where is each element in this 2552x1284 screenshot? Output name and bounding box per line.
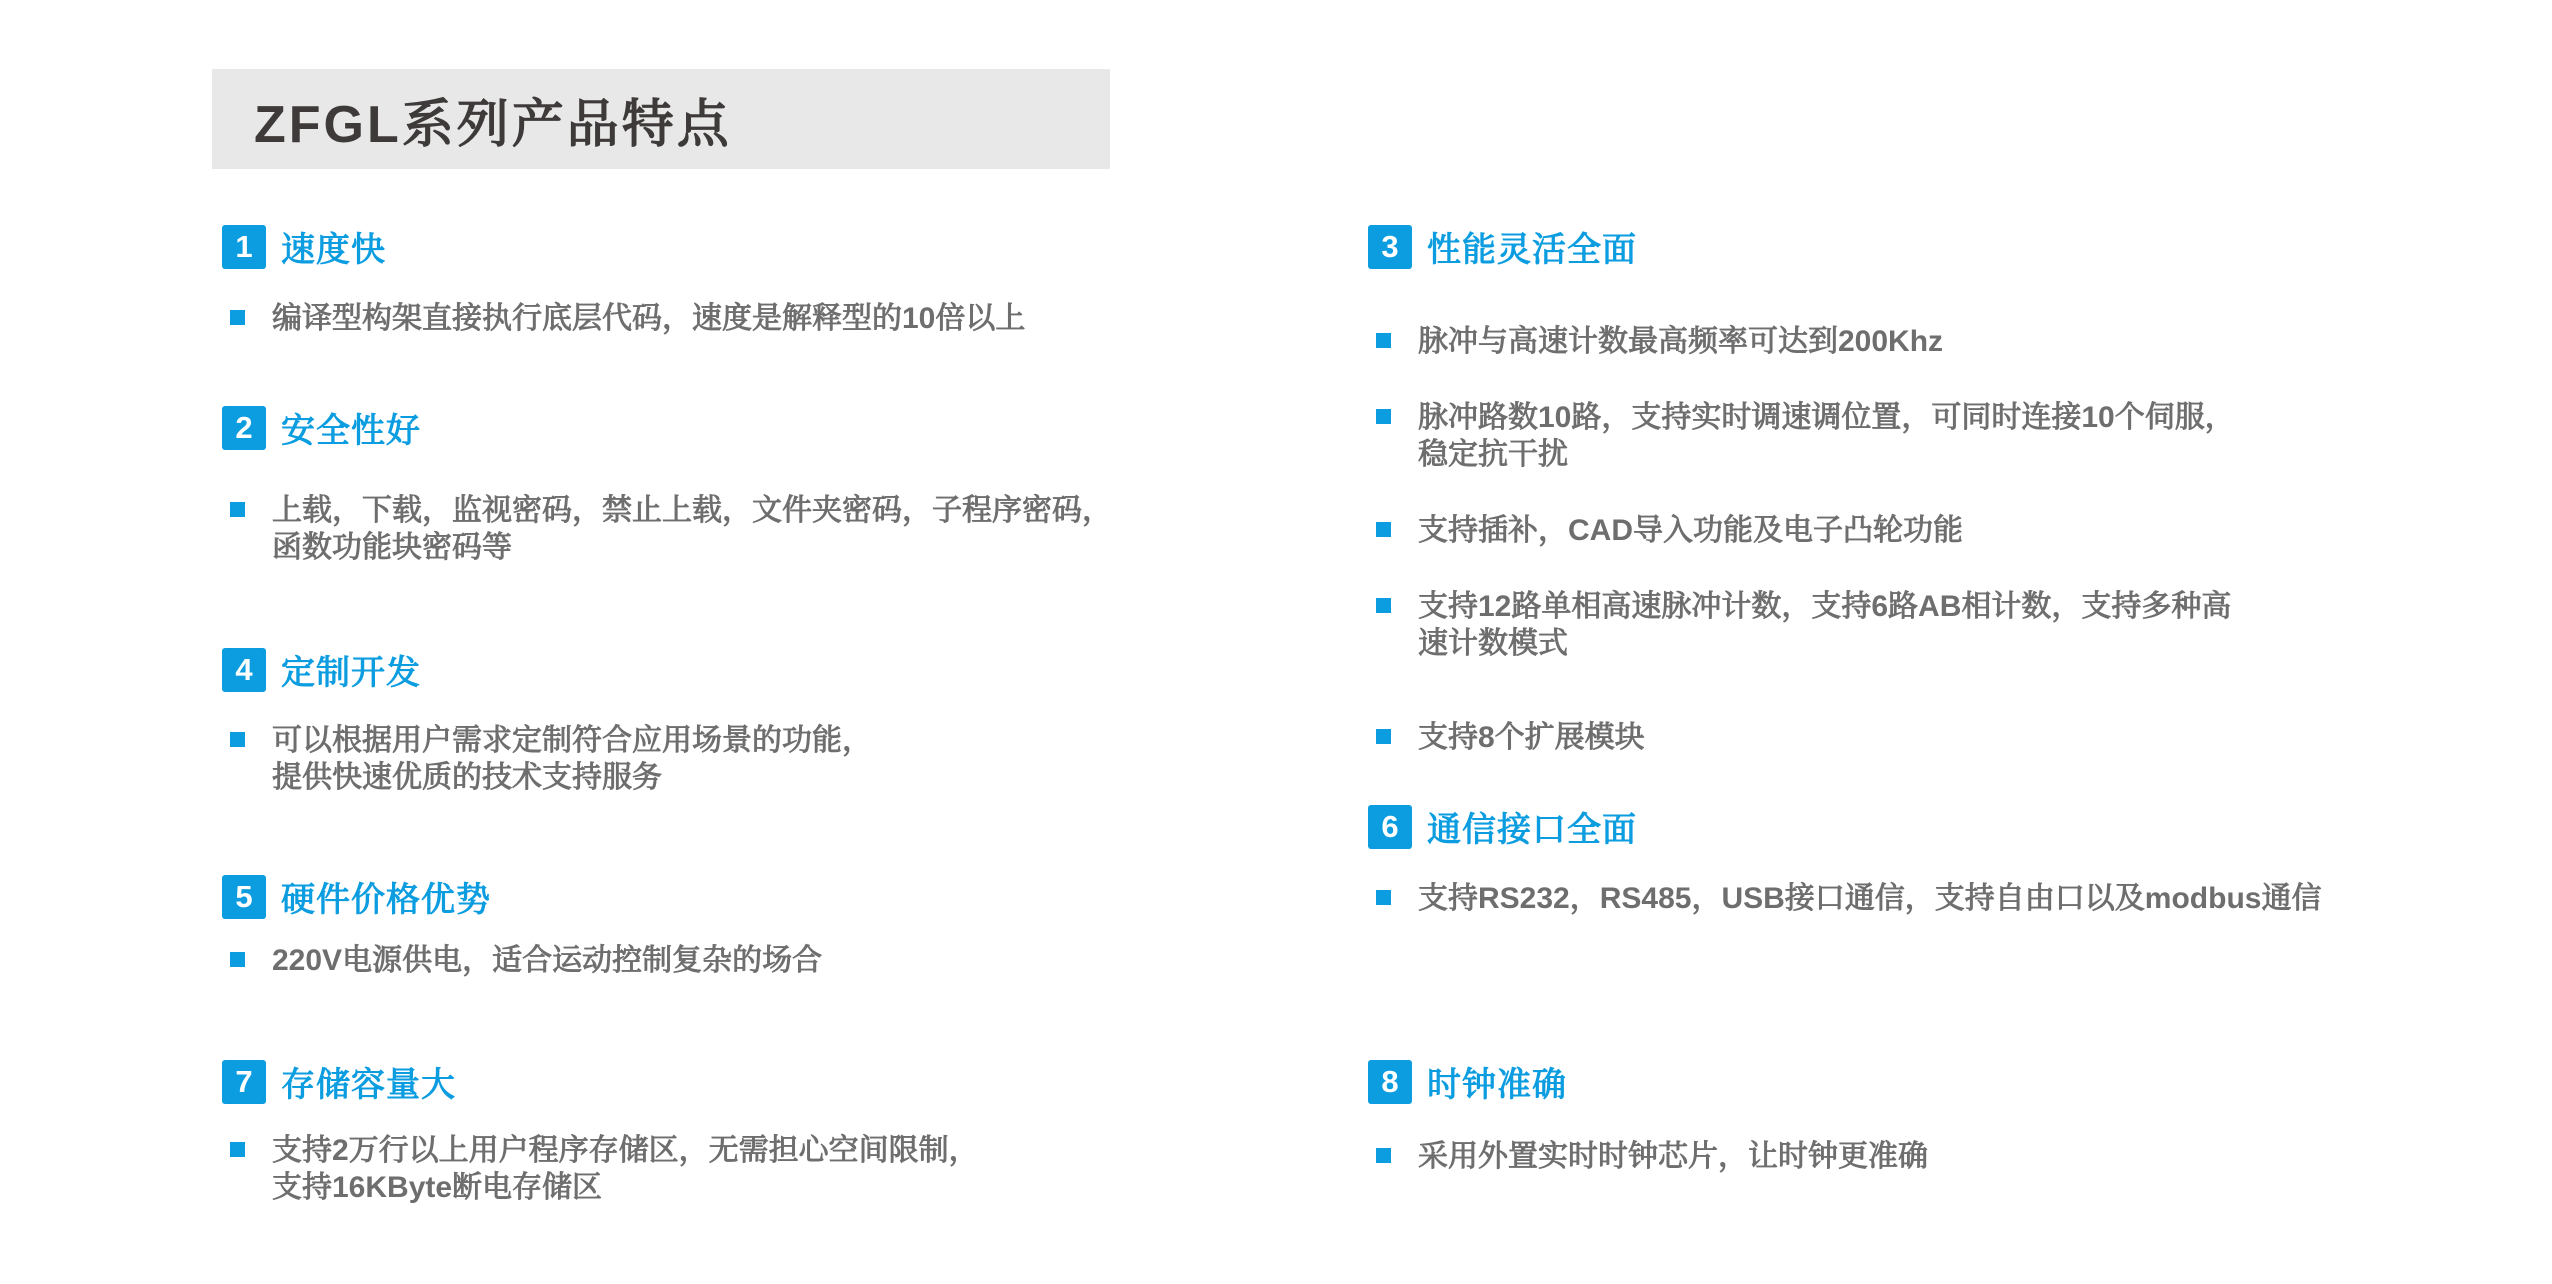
section-heading: 定制开发 — [281, 645, 421, 694]
bullet-square-icon — [1376, 729, 1391, 744]
feature-section-clock: 8 时钟准确 采用外置实时时钟芯片，让时钟更准确 — [1368, 1057, 2538, 1214]
section-heading: 时钟准确 — [1427, 1057, 1567, 1106]
bullet-text: 支持2万行以上用户程序存储区，无需担心空间限制， 支持16KByte断电存储区 — [272, 1132, 979, 1206]
bullet-square-icon — [1376, 333, 1391, 348]
feature-bullet: 采用外置实时时钟芯片，让时钟更准确 — [1368, 1138, 2538, 1175]
section-heading: 性能灵活全面 — [1427, 222, 1637, 271]
section-number-badge: 1 — [222, 225, 266, 269]
feature-section-performance: 3 性能灵活全面 脉冲与高速计数最高频率可达到200Khz 脉冲路数10路，支持… — [1368, 222, 2538, 795]
bullet-text: 支持8个扩展模块 — [1418, 719, 1645, 756]
section-header: 1 速度快 — [222, 222, 1302, 271]
feature-section-hardware-price: 5 硬件价格优势 220V电源供电，适合运动控制复杂的场合 — [222, 872, 1302, 1018]
bullet-text: 脉冲路数10路，支持实时调速调位置，可同时连接10个伺服， 稳定抗干扰 — [1418, 399, 2235, 473]
bullet-square-icon — [230, 502, 245, 517]
bullet-square-icon — [1376, 409, 1391, 424]
bullet-square-icon — [1376, 890, 1391, 905]
section-heading: 安全性好 — [281, 403, 421, 452]
section-heading: 通信接口全面 — [1427, 802, 1637, 851]
section-header: 3 性能灵活全面 — [1368, 222, 2538, 271]
section-number-badge: 7 — [222, 1060, 266, 1104]
feature-section-security: 2 安全性好 上载，下载，监视密码，禁止上载，文件夹密码，子程序密码， 函数功能… — [222, 403, 1342, 605]
feature-bullet: 脉冲与高速计数最高频率可达到200Khz — [1368, 323, 2538, 360]
section-header: 8 时钟准确 — [1368, 1057, 2538, 1106]
bullet-text: 可以根据用户需求定制符合应用场景的功能， 提供快速优质的技术支持服务 — [272, 722, 872, 796]
bullet-text: 编译型构架直接执行底层代码，速度是解释型的10倍以上 — [272, 300, 1025, 337]
section-number-badge: 2 — [222, 406, 266, 450]
section-number-badge: 6 — [1368, 805, 1412, 849]
feature-bullet: 编译型构架直接执行底层代码，速度是解释型的10倍以上 — [222, 300, 1302, 337]
bullet-text: 220V电源供电，适合运动控制复杂的场合 — [272, 942, 822, 979]
section-number-badge: 5 — [222, 875, 266, 919]
title-banner: ZFGL系列产品特点 — [212, 69, 1110, 169]
bullet-text: 采用外置实时时钟芯片，让时钟更准确 — [1418, 1138, 1928, 1175]
bullet-text: 上载，下载，监视密码，禁止上载，文件夹密码，子程序密码， 函数功能块密码等 — [272, 492, 1112, 566]
feature-section-communication: 6 通信接口全面 支持RS232，RS485，USB接口通信，支持自由口以及mo… — [1368, 802, 2538, 956]
bullet-square-icon — [230, 310, 245, 325]
feature-bullet: 220V电源供电，适合运动控制复杂的场合 — [222, 942, 1302, 979]
section-heading: 存储容量大 — [281, 1057, 456, 1106]
section-number-badge: 3 — [1368, 225, 1412, 269]
section-header: 4 定制开发 — [222, 645, 1302, 694]
feature-section-storage: 7 存储容量大 支持2万行以上用户程序存储区，无需担心空间限制， 支持16KBy… — [222, 1057, 1342, 1245]
section-header: 7 存储容量大 — [222, 1057, 1342, 1106]
section-heading: 硬件价格优势 — [281, 872, 491, 921]
section-heading: 速度快 — [281, 222, 386, 271]
bullet-square-icon — [1376, 522, 1391, 537]
bullet-text: 支持插补，CAD导入功能及电子凸轮功能 — [1418, 512, 1963, 549]
section-number-badge: 8 — [1368, 1060, 1412, 1104]
section-header: 2 安全性好 — [222, 403, 1342, 452]
page: ZFGL系列产品特点 1 速度快 编译型构架直接执行底层代码，速度是解释型的10… — [0, 0, 2552, 1284]
page-title: ZFGL系列产品特点 — [212, 82, 732, 157]
section-header: 6 通信接口全面 — [1368, 802, 2538, 851]
feature-bullet: 脉冲路数10路，支持实时调速调位置，可同时连接10个伺服， 稳定抗干扰 — [1368, 399, 2538, 473]
section-number-badge: 4 — [222, 648, 266, 692]
feature-bullet: 上载，下载，监视密码，禁止上载，文件夹密码，子程序密码， 函数功能块密码等 — [222, 492, 1342, 566]
bullet-square-icon — [230, 732, 245, 747]
feature-bullet: 支持插补，CAD导入功能及电子凸轮功能 — [1368, 512, 2538, 549]
feature-section-custom-dev: 4 定制开发 可以根据用户需求定制符合应用场景的功能， 提供快速优质的技术支持服… — [222, 645, 1302, 835]
feature-bullet: 支持RS232，RS485，USB接口通信，支持自由口以及modbus通信 — [1368, 880, 2538, 917]
feature-bullet: 支持12路单相高速脉冲计数，支持6路AB相计数，支持多种高 速计数模式 — [1368, 588, 2538, 662]
bullet-square-icon — [230, 952, 245, 967]
bullet-square-icon — [1376, 1148, 1391, 1163]
bullet-square-icon — [230, 1142, 245, 1157]
feature-bullet: 可以根据用户需求定制符合应用场景的功能， 提供快速优质的技术支持服务 — [222, 722, 1302, 796]
section-header: 5 硬件价格优势 — [222, 872, 1302, 921]
bullet-square-icon — [1376, 598, 1391, 613]
bullet-text: 支持12路单相高速脉冲计数，支持6路AB相计数，支持多种高 速计数模式 — [1418, 588, 2231, 662]
feature-bullet: 支持8个扩展模块 — [1368, 719, 2538, 756]
feature-bullet: 支持2万行以上用户程序存储区，无需担心空间限制， 支持16KByte断电存储区 — [222, 1132, 1342, 1206]
bullet-text: 脉冲与高速计数最高频率可达到200Khz — [1418, 323, 1943, 360]
feature-section-speed: 1 速度快 编译型构架直接执行底层代码，速度是解释型的10倍以上 — [222, 222, 1302, 376]
bullet-text: 支持RS232，RS485，USB接口通信，支持自由口以及modbus通信 — [1418, 880, 2321, 917]
